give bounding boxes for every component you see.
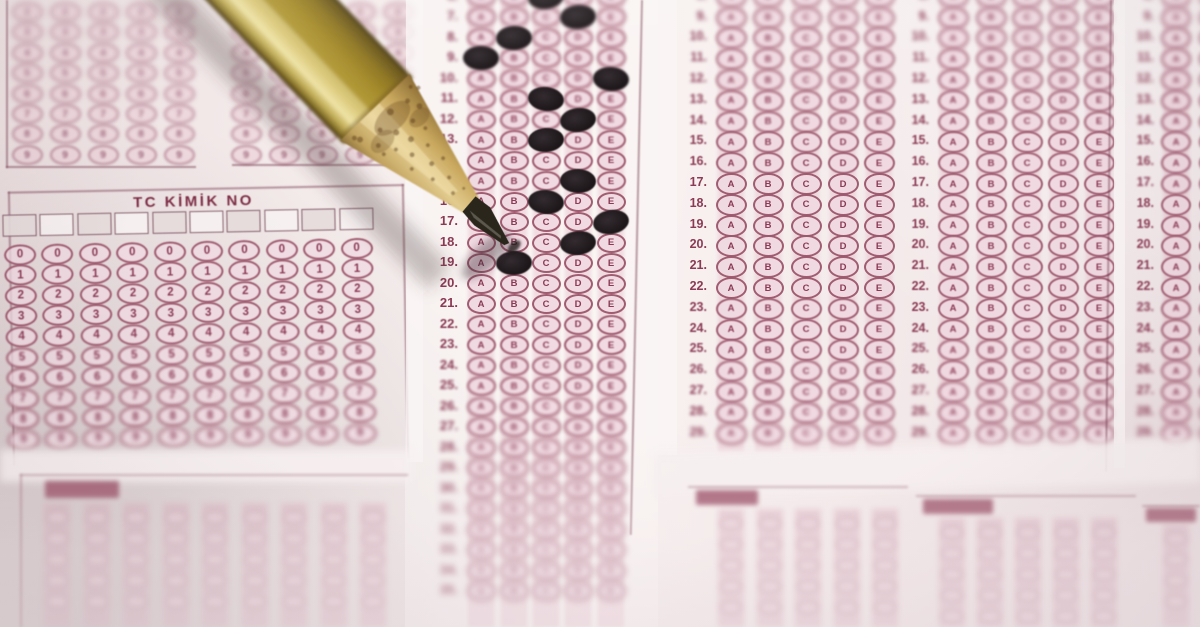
answer-sheet-photo: 2345678923456789234567892345678923456789… <box>0 0 1200 627</box>
pencil <box>0 0 1200 627</box>
